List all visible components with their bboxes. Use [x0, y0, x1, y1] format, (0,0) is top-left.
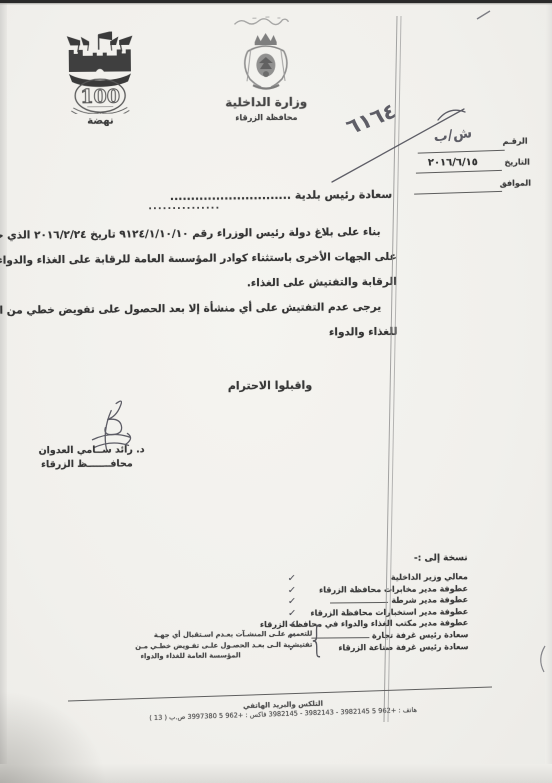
logo-number: 100 [80, 85, 120, 107]
centennial-logo: 100 نهضة [53, 31, 148, 127]
logo-caption: نهضة [53, 115, 147, 127]
signer-title: محافـــــــظ الزرقاء [27, 458, 133, 470]
checkmark-icon: ✓ [287, 574, 296, 584]
blank-line [330, 596, 388, 604]
scanned-letter-page: 100 نهضة [0, 0, 552, 783]
letter-body: بناء على بلاغ دولة رئيس الوزراء رقم ٩١٢٤… [38, 220, 397, 348]
cc-item-text: عطوفة مدير شرطة [391, 595, 468, 605]
body-line-1: بناء على بلاغ دولة رئيس الوزراء رقم ٩١٢٤… [38, 220, 396, 248]
bismillah-calligraphy-icon [232, 15, 290, 29]
body-line-4: يرجى عدم التفتيش على أي منشأة إلا بعد ال… [39, 295, 397, 323]
ref-corresponding-label: الموافق [500, 179, 531, 188]
cc-item-text: عطوفة مدير استخبارات محافظة الزرقاء [310, 607, 468, 618]
cc-item-text: سعادة رئيس غرفة تجارة [372, 630, 468, 640]
castle-flags-icon: 100 [53, 31, 148, 114]
note-line-3: المؤسسة العامة للغذاء والدواء [141, 650, 313, 662]
body-line-2: على الجهات الأخرى باستثناء كوادر المؤسسة… [39, 245, 397, 273]
ref-number-label: الرقـم [503, 137, 528, 146]
ref-corresponding-line [414, 191, 502, 195]
cc-item-text: معالي وزير الداخلية [391, 572, 468, 582]
closing-phrase: واقبلوا الاحترام [208, 378, 332, 392]
handwritten-number-value: ش/ب [433, 125, 473, 145]
coat-of-arms-icon [240, 29, 293, 93]
ref-date-value: ٢٠١٦/٦/١٥ [414, 157, 492, 169]
open-book-icon [71, 107, 129, 114]
cc-item-text: سعادة رئيس غرفة صناعة الزرقاء [338, 642, 468, 652]
ref-number-line [418, 150, 505, 154]
salutation-dots-overflow: ............... [148, 201, 220, 213]
body-line-3: الرقابة والتفتيش على الغذاء. [39, 270, 397, 298]
cc-heading: نسخة إلى :- [414, 553, 468, 564]
checkmark-icon: ✓ [287, 585, 296, 595]
body-line-5: للغذاء والدواء [39, 320, 397, 348]
checkmark-icon: ✓ [287, 597, 296, 607]
margin-note: للتعميم علـى المنشـآت بعـدم اسـتقبال أي … [140, 629, 312, 662]
office-name: محافظة الزرقاء [211, 113, 321, 123]
checkmark-icon: ✓ [287, 609, 296, 619]
salutation-text: سعادة رئيس بلدية [295, 188, 392, 202]
ref-date-label: التاريخ [504, 158, 529, 167]
ministry-calligraphy: وزارة الداخلية [211, 95, 321, 110]
handwritten-ref-number: ٦١٦٤ [343, 98, 400, 139]
signer-name: د. رائد ســامي العدوان [27, 444, 145, 456]
ref-date-line [416, 170, 502, 174]
cc-item-text: عطوفة مدير مخابرات محافظة الزرقاء [319, 584, 468, 594]
castle-silhouette [69, 49, 131, 72]
